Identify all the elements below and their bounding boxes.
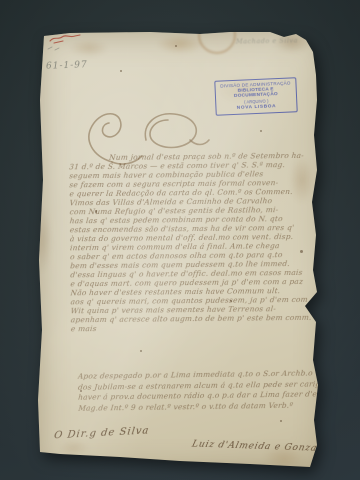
- manuscript-paragraph-1: Num jornal d'esta praça sob n.º de Setem…: [69, 151, 321, 334]
- signature-left: O Dir.g de Silva: [53, 425, 150, 441]
- ink-speck: [175, 45, 177, 47]
- document-photo: 61-1-97 Machado e Silva DIVISÃO DE ADMIN…: [34, 30, 330, 476]
- ink-speck: [140, 350, 142, 352]
- manuscript-line: e mais: [70, 322, 321, 334]
- manuscript-paragraph-2: Apoz despegado p.or a Lima immediata q.t…: [78, 368, 323, 413]
- ink-speck: [260, 130, 262, 132]
- pencil-inscription: Machado e Silva: [236, 36, 298, 45]
- ink-speck: [280, 420, 282, 422]
- archival-ink-stamp: DIVISÃO DE ADMINISTRAÇÃO BIBLIOTECA E DO…: [214, 77, 297, 116]
- signature-right: Luiz d'Almeida e Gonzaga: [191, 440, 331, 455]
- archive-number: 61-1-97: [46, 60, 88, 71]
- manuscript-paper: 61-1-97 Machado e Silva DIVISÃO DE ADMIN…: [34, 30, 330, 476]
- pencil-tick-marks-icon: [46, 44, 66, 52]
- ink-speck: [120, 70, 122, 72]
